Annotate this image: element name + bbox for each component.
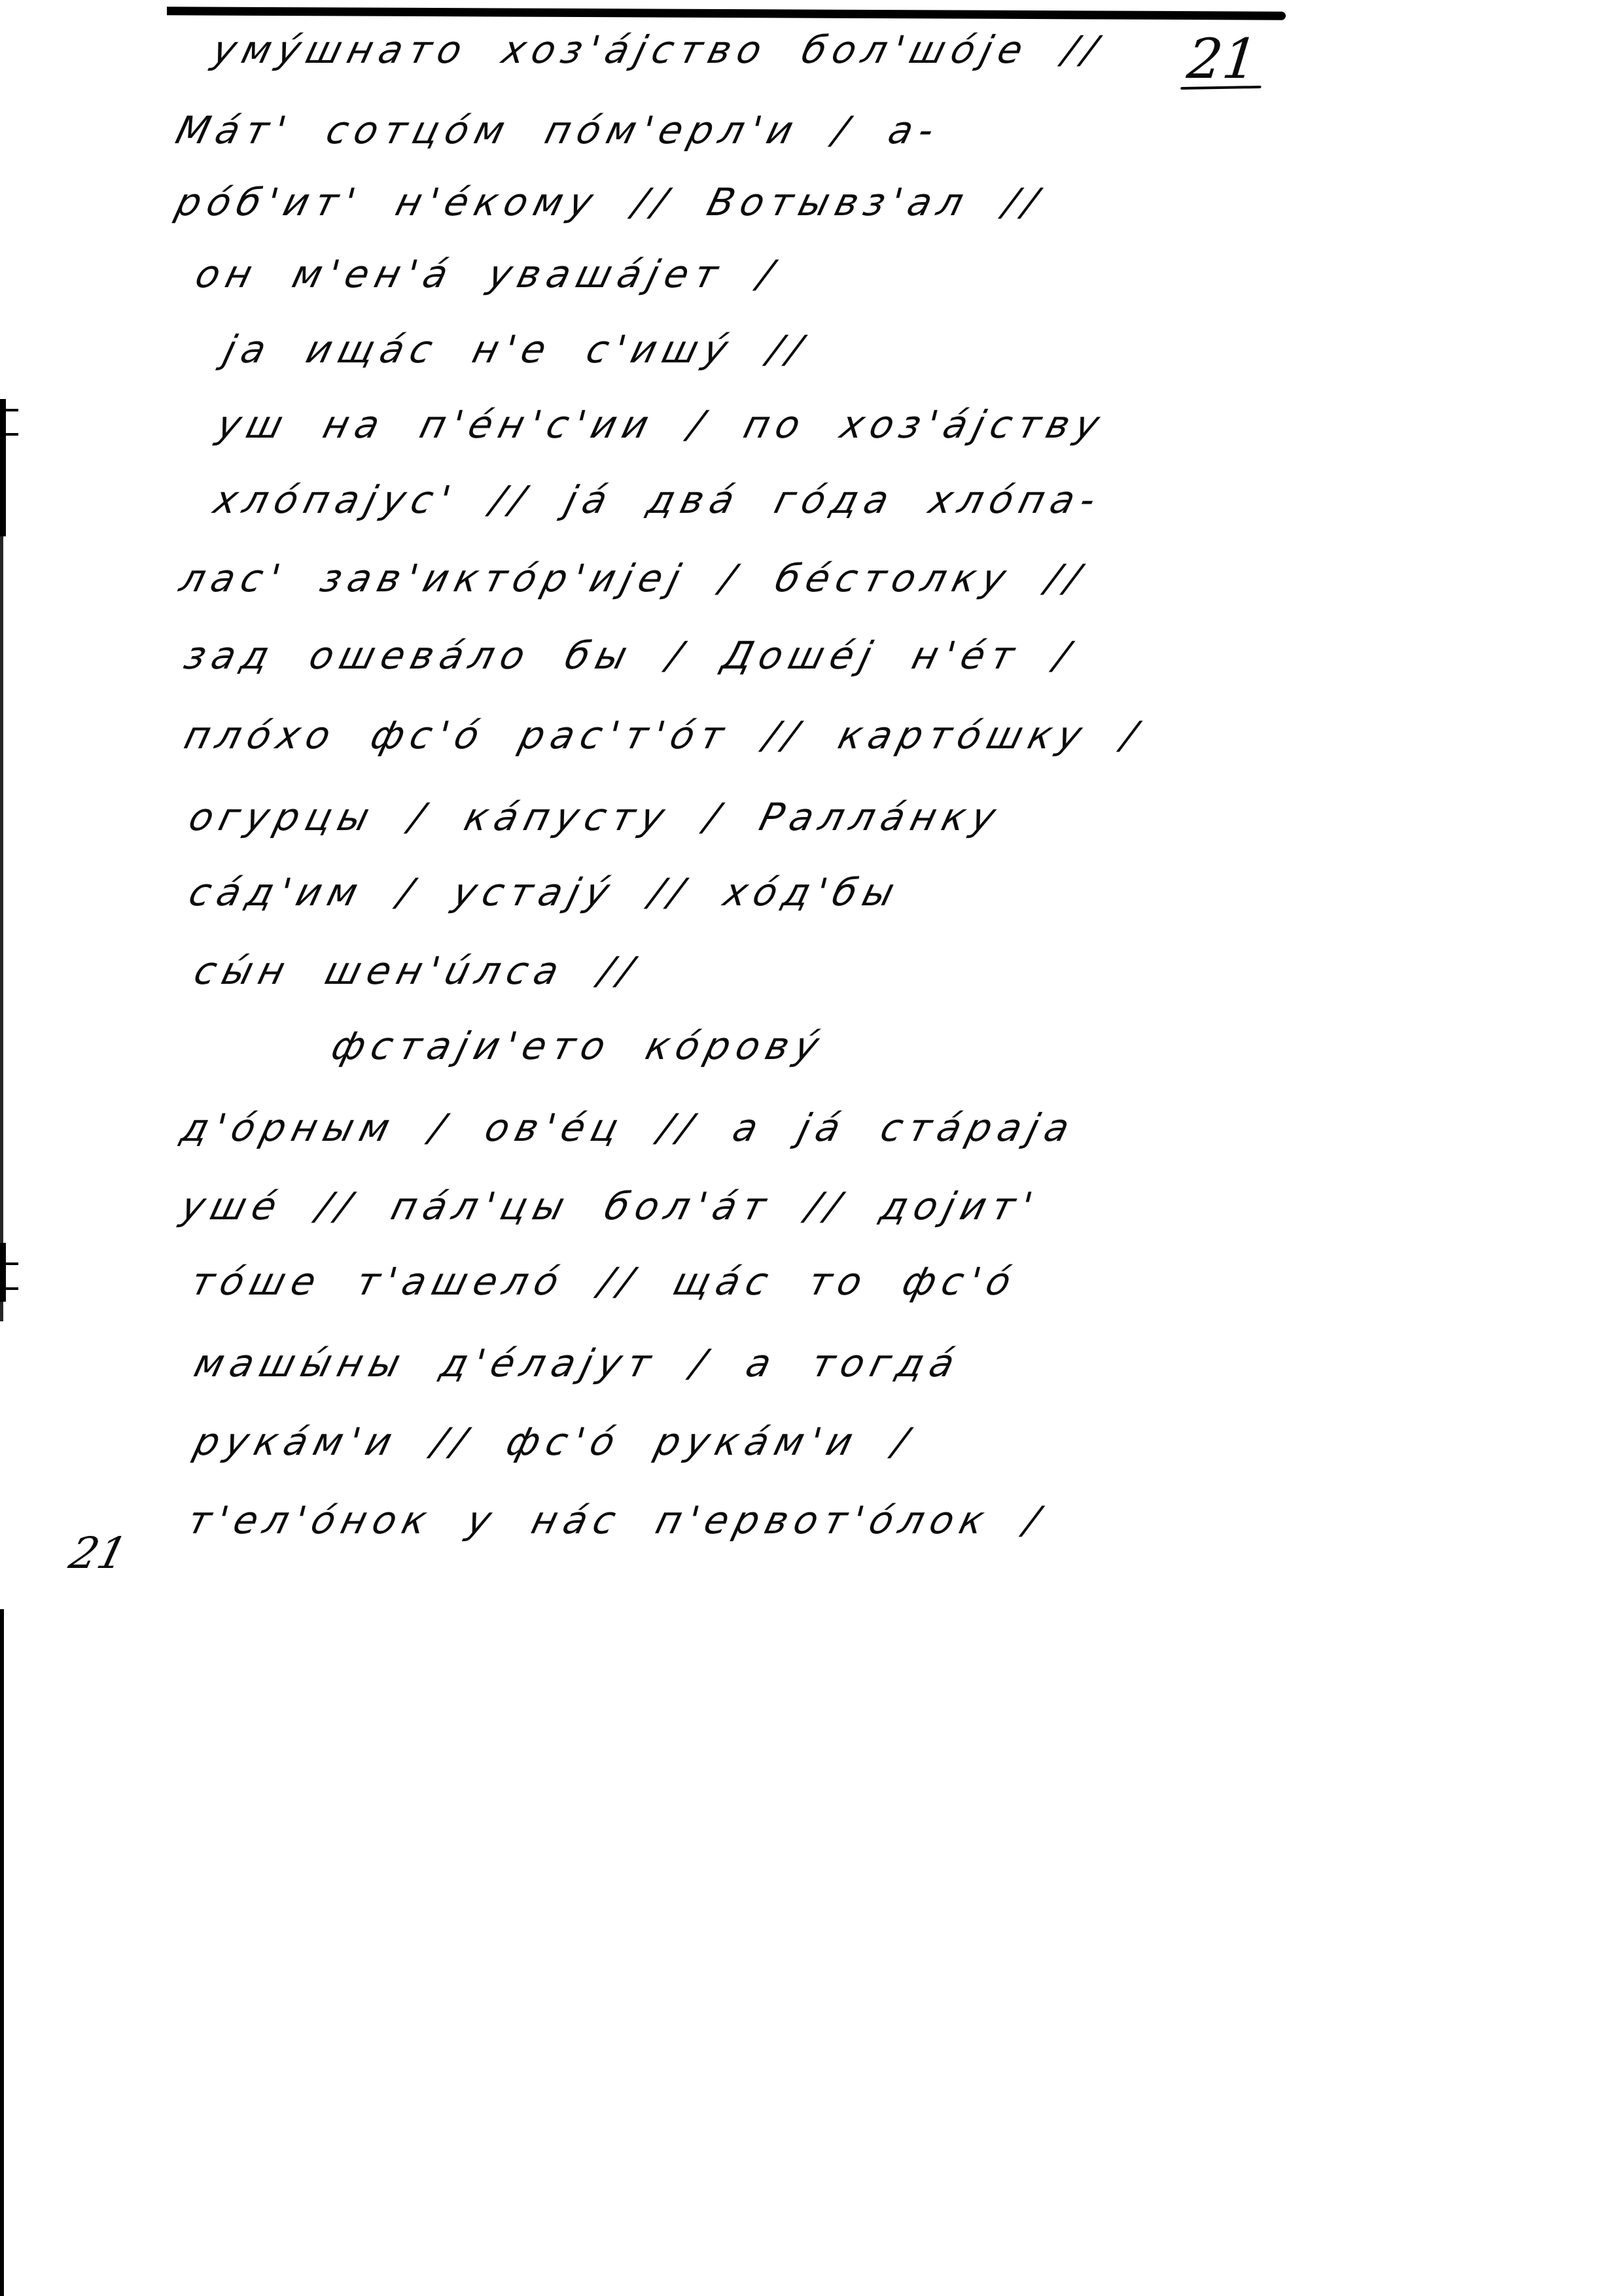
- transcript-line: уш на п'éн'с'ии / по хоз'áјству: [213, 402, 1110, 447]
- transcript-line: хлóпајус' // јá двá гóда хлóпа-: [209, 478, 1106, 522]
- transcript-line: рукáм'и // фс'ó рукáм'и /: [190, 1419, 919, 1464]
- transcript-line: Мáт' сотцóм пóм'ерл'и / а-: [171, 108, 945, 152]
- transcript-line: зад ошевáло бы / Дошéј н'éт /: [180, 633, 1080, 678]
- binding-edge-segment: [0, 536, 3, 1321]
- binding-edge-segment: [0, 399, 6, 536]
- transcript-line: т'ел'óнок у нáс п'ервот'óлок /: [183, 1498, 1050, 1542]
- binding-edge-segment: [0, 1243, 6, 1302]
- staple-mark: [3, 1287, 18, 1290]
- transcript-line: ушé // пáл'цы бол'áт // дојит': [177, 1184, 1044, 1228]
- transcript-line: д'óрным / ов'éц // а јá стáрајa: [177, 1105, 1080, 1150]
- binding-edge-segment: [0, 1609, 4, 2296]
- transcript-line: фстаји'ето кóровý: [327, 1024, 830, 1068]
- staple-mark: [3, 1262, 18, 1265]
- staple-mark: [3, 433, 18, 436]
- transcript-line: он м'ен'á увашáјет /: [191, 252, 784, 296]
- transcript-line: тóше т'ашелó // щáс то фс'ó: [186, 1259, 1022, 1304]
- top-border-rule: [167, 7, 1286, 20]
- transcript-line: сы́н шен'úлса //: [190, 948, 644, 993]
- transcript-line: рóб'ит' н'éкому // Вотывз'ал //: [171, 180, 1049, 224]
- binding-edge: [0, 0, 5, 2296]
- staple-mark: [3, 409, 18, 411]
- transcript-line: плóхо фс'ó рас'т'óт // картóшку /: [180, 713, 1148, 757]
- transcript-line: огурцы / кáпусту / Раллáнку: [185, 795, 1006, 839]
- transcript-line: лас' зав'иктóр'ијеј / бéстолку //: [175, 556, 1091, 600]
- transcript-line: машы́ны д'éлајут / а тогдá: [190, 1341, 966, 1385]
- page-number-top: 21: [1185, 31, 1261, 86]
- transcript-line: сáд'им / устајý // хóд'бы: [185, 870, 906, 914]
- transcript-line: ја ищáс н'е с'ишý //: [219, 327, 813, 372]
- transcript-line: умýшнато хоз'áјство бол'шóје //: [208, 27, 1108, 72]
- page-number-bottom: 21: [65, 1532, 131, 1575]
